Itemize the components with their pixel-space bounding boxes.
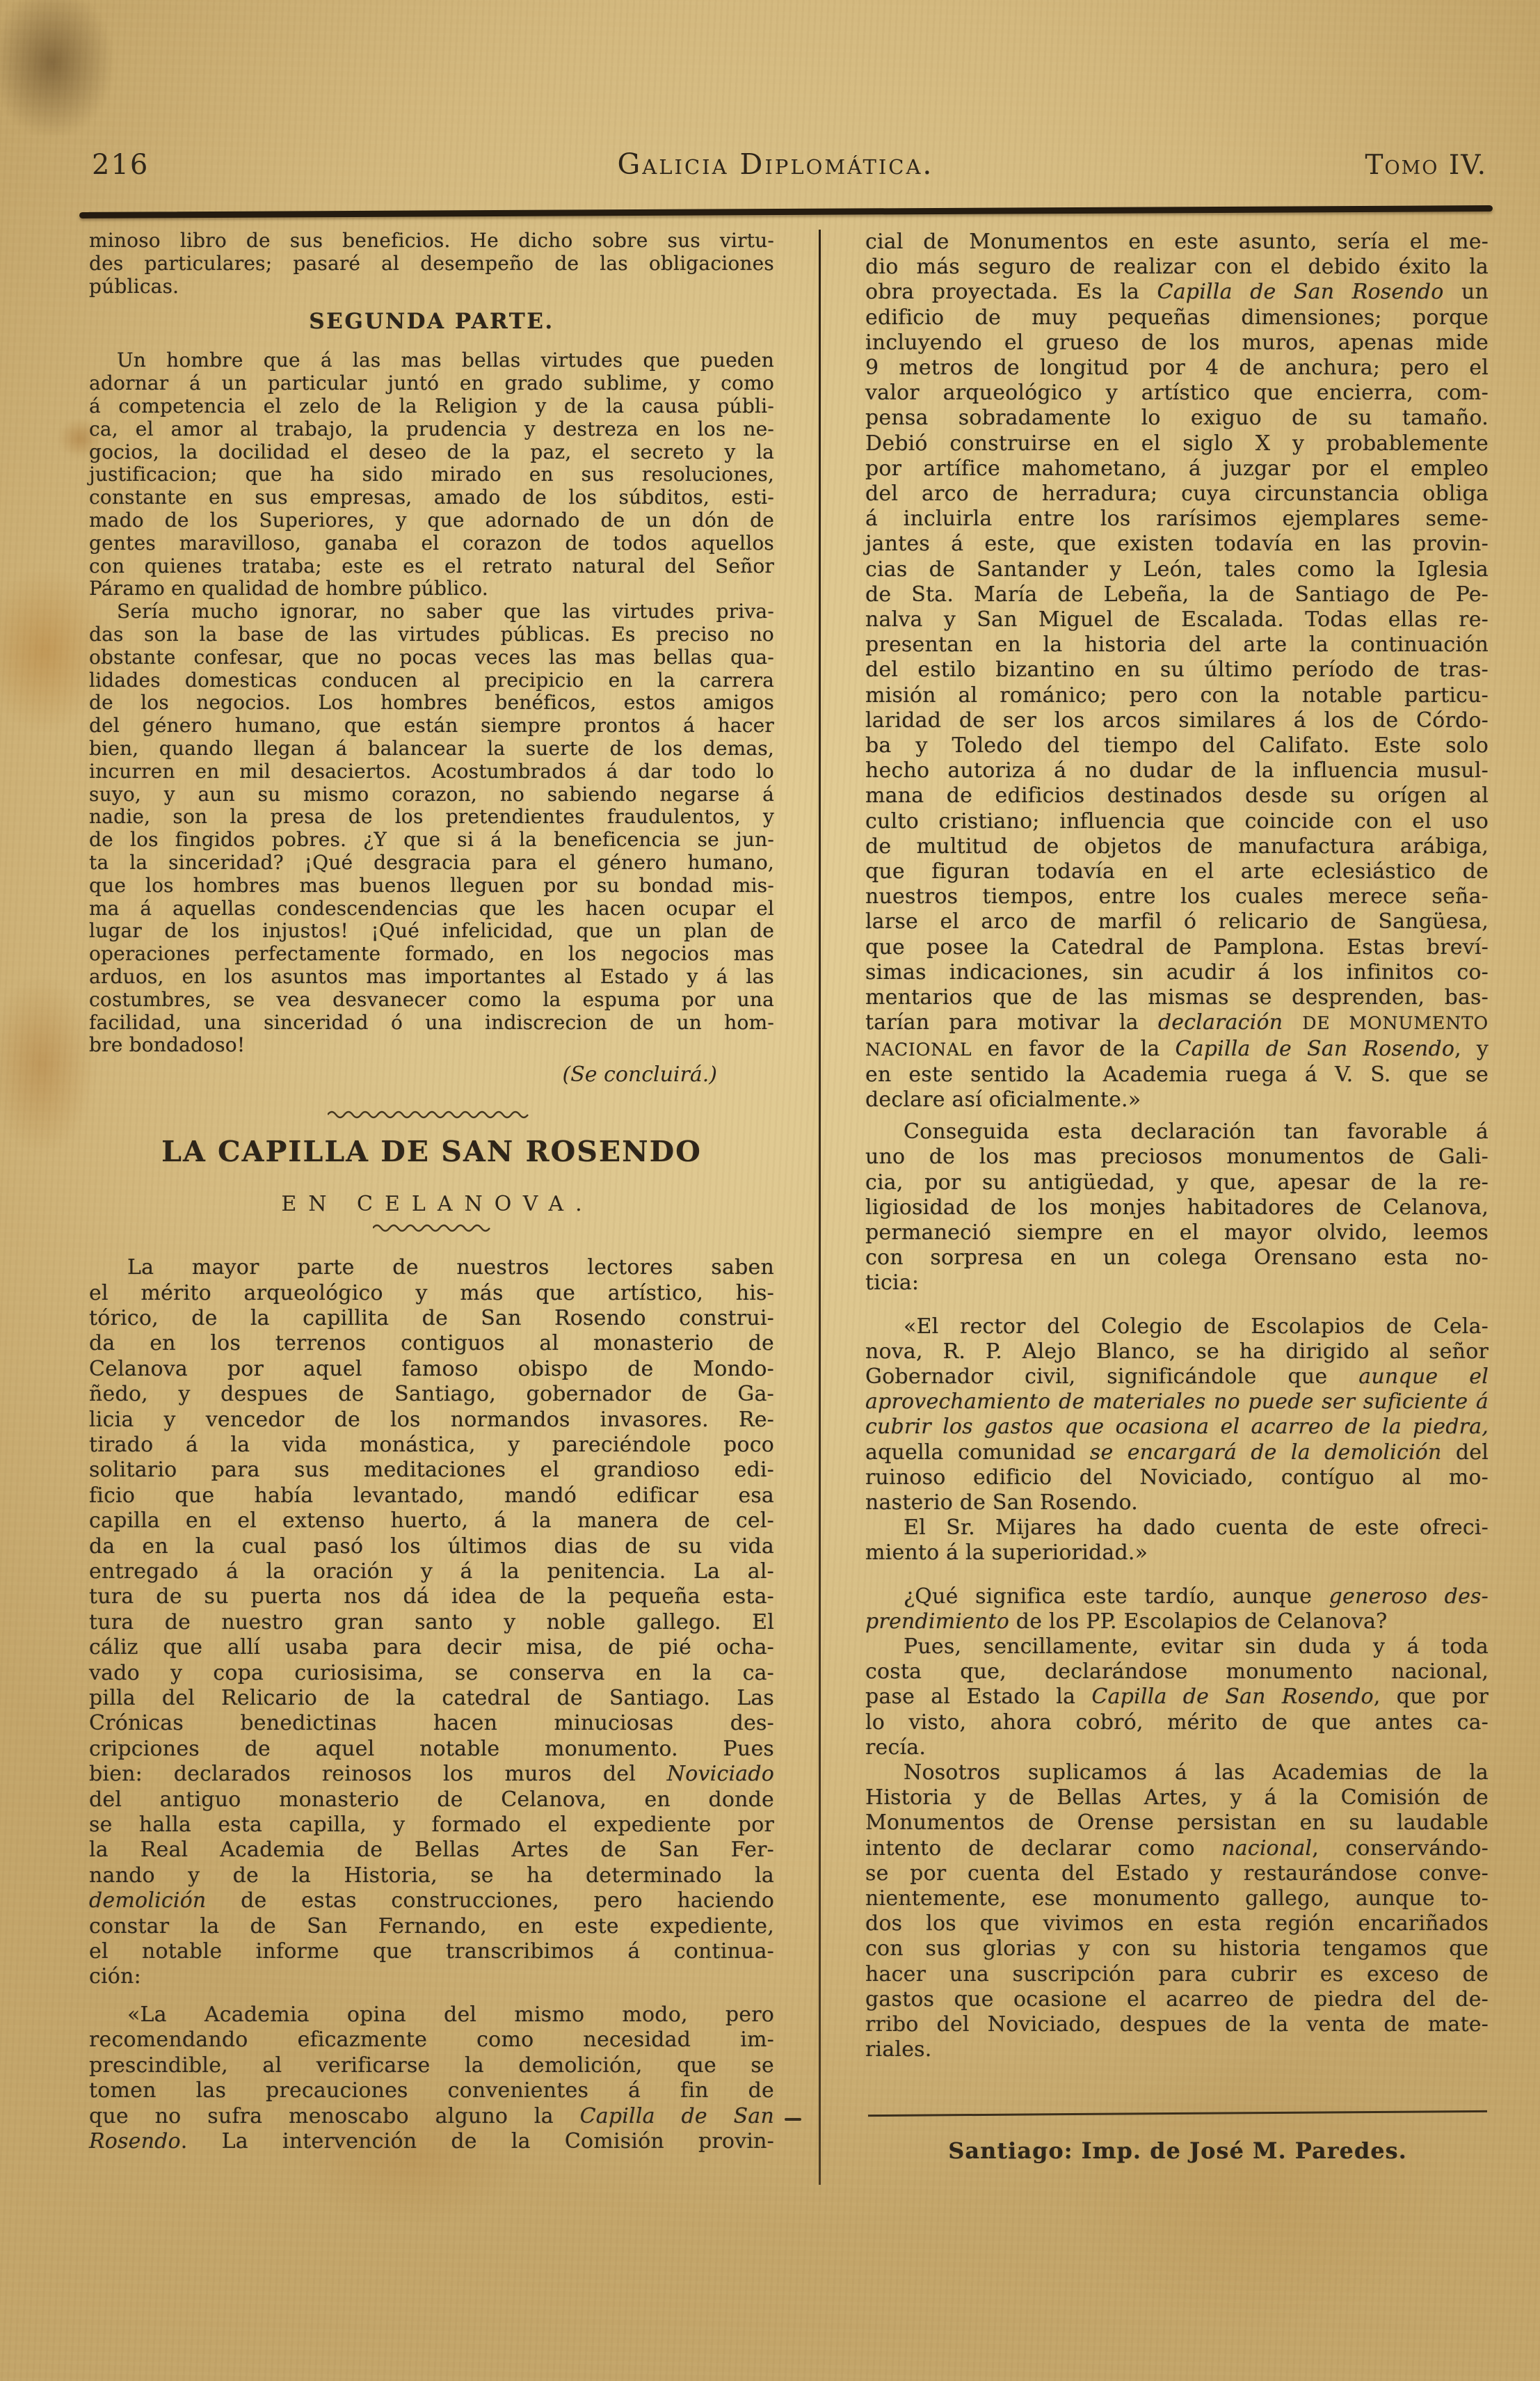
text-line: á incluirla entre los rarísimos ejemplar…	[865, 507, 1489, 532]
text-line: NACIONAL en favor de la Capilla de San R…	[865, 1037, 1489, 1062]
text-line: mana de edificios destinados desde su or…	[865, 783, 1489, 809]
text-line: intento de declarar como nacional, conse…	[865, 1836, 1489, 1861]
text-line: ticia:	[865, 1271, 1489, 1296]
text-line: larse el arco de marfil ó relicario de S…	[865, 909, 1489, 934]
text-line: recía.	[865, 1735, 1489, 1760]
paper-stain	[0, 0, 139, 167]
text-columns: minoso libro de sus beneficios. He dicho…	[89, 230, 1489, 2185]
text-line: lo visto, ahora cobró, mérito de que ant…	[865, 1710, 1489, 1735]
text-line: cubrir los gastos que ocasiona el acarre…	[865, 1415, 1489, 1440]
text-line: de multitud de objetos de manufactura ar…	[865, 834, 1489, 859]
text-line: Monumentos de Orense persistan en su lau…	[865, 1810, 1489, 1835]
article-subtitle: EN CELANOVA.	[89, 1192, 774, 1216]
text-line: Sería mucho ignorar, no saber que las vi…	[89, 600, 774, 623]
text-line: riales.	[865, 2037, 1489, 2062]
article-body-text: cial de Monumentos en este asunto, sería…	[865, 230, 1489, 2062]
text-line: rribo del Noviciado, despues de la venta…	[865, 2012, 1489, 2037]
text-line: permaneció siempre en el mayor olvido, l…	[865, 1220, 1489, 1245]
text-line: costa que, declarándose monumento nacion…	[865, 1659, 1489, 1685]
text-line: Debió construirse en el siglo X y probab…	[865, 431, 1489, 456]
text-line: 9 metros de longitud por 4 de anchura; p…	[865, 356, 1489, 381]
text-line: mentarios que de las mismas se desprende…	[865, 985, 1489, 1010]
text-line: con sorpresa en un colega Orensano esta …	[865, 1245, 1489, 1271]
text-line: des particulares; pasaré al desempeño de…	[89, 253, 774, 276]
text-line: tarían para motivar la declaración DE MO…	[865, 1010, 1489, 1036]
text-line: obra proyectada. Es la Capilla de San Ro…	[865, 280, 1489, 305]
text-line: ñedo, y despues de Santiago, gobernador …	[89, 1382, 774, 1407]
text-line: del arco de herradura; cuya circunstanci…	[865, 481, 1489, 507]
text-line: tirado á la vida monástica, y pareciéndo…	[89, 1433, 774, 1458]
text-line: Pues, sencillamente, evitar sin duda y á…	[865, 1634, 1489, 1659]
text-line: de los negocios. Los hombres benéficos, …	[89, 692, 774, 715]
text-line: Un hombre que á las mas bellas virtudes …	[89, 349, 774, 372]
text-line: ¿Qué significa este tardío, aunque gener…	[865, 1584, 1489, 1609]
text-line: bien: declarados reinosos los muros del …	[89, 1762, 774, 1787]
text-line: das son la base de las virtudes públicas…	[89, 623, 774, 646]
text-line: cripciones de aquel notable monumento. P…	[89, 1737, 774, 1762]
text-line: nientemente, ese monumento gallego, aunq…	[865, 1886, 1489, 1911]
text-line: ca, el amor al trabajo, la prudencia y d…	[89, 418, 774, 441]
text-line: hecho autoriza á no dudar de la influenc…	[865, 758, 1489, 783]
text-line: operaciones perfectamente formado, en lo…	[89, 943, 774, 966]
text-line: Rosendo. La intervención de la Comisión …	[89, 2129, 774, 2154]
text-line: incurren en mil desaciertos. Acostumbrad…	[89, 761, 774, 783]
page-header: 216 Galicia Diplomática. Tomo IV.	[92, 148, 1487, 181]
text-line: tomen las precauciones convenientes á fi…	[89, 2078, 774, 2103]
text-line: solitario para sus meditaciones el grand…	[89, 1458, 774, 1483]
text-line: cias de Santander y León, tales como la …	[865, 557, 1489, 582]
text-line: uno de los mas preciosos monumentos de G…	[865, 1145, 1489, 1170]
text-line: de los fingidos pobres. ¿Y que si á la b…	[89, 829, 774, 852]
text-line: minoso libro de sus beneficios. He dicho…	[89, 230, 774, 253]
article-title: LA CAPILLA DE SAN ROSENDO	[89, 1135, 774, 1168]
article-segunda-parte: minoso libro de sus beneficios. He dicho…	[89, 230, 774, 1088]
text-line: vado y copa curiosisima, se conserva en …	[89, 1661, 774, 1686]
text-line: por artífice mahometano, á juzgar por el…	[865, 456, 1489, 481]
text-line: bien, quando llegan á balancear la suert…	[89, 738, 774, 761]
text-line: ma á aquellas condescendencias que les h…	[89, 898, 774, 921]
text-line: dos los que vivimos en esta región encar…	[865, 1911, 1489, 1936]
text-line: pase al Estado la Capilla de San Rosendo…	[865, 1685, 1489, 1710]
text-line: ficio que había levantado, mandó edifica…	[89, 1483, 774, 1508]
text-line: prescindible, al verificarse la demolici…	[89, 2053, 774, 2078]
text-line: que no sufra menoscabo alguno la Capilla…	[89, 2104, 774, 2129]
text-line: cáliz que allí usaba para decir misa, de…	[89, 1635, 774, 1660]
text-line: mado de los Superiores, y que adornado d…	[89, 509, 774, 532]
text-line: Páramo en qualidad de hombre público.	[89, 578, 774, 600]
text-line: del género humano, que están siempre pro…	[89, 715, 774, 738]
page-number: 216	[92, 149, 245, 181]
text-line: Historia y de Bellas Artes, y á la Comis…	[865, 1785, 1489, 1810]
text-line: incluyendo el grueso de los muros, apena…	[865, 331, 1489, 356]
text-line: laridad de ser los arcos similares á los…	[865, 708, 1489, 733]
text-line: justificacion; que ha sido mirado en sus…	[89, 463, 774, 486]
article-continuation-text: minoso libro de sus beneficios. He dicho…	[89, 230, 774, 298]
text-line: se halla esta capilla, y formado el expe…	[89, 1813, 774, 1838]
section-heading: SEGUNDA PARTE.	[89, 309, 774, 334]
text-line: miento á la superioridad.»	[865, 1540, 1489, 1566]
text-line: cia, por su antigüedad, y que, apesar de…	[865, 1170, 1489, 1195]
text-line: adornar á un particular juntó en grado s…	[89, 372, 774, 395]
text-line: simas indicaciones, sin acudir á los inf…	[865, 960, 1489, 985]
text-line: nova, R. P. Alejo Blanco, se ha dirigido…	[865, 1339, 1489, 1364]
text-line: ba y Toledo del tiempo del Califato. Est…	[865, 733, 1489, 758]
text-line: Celanova por aquel famoso obispo de Mond…	[89, 1357, 774, 1382]
text-line: nadie, son la presa de los pretendientes…	[89, 806, 774, 829]
text-line: de Sta. María de Lebeña, la de Santiago …	[865, 582, 1489, 607]
text-line: constar la de San Fernando, en este expe…	[89, 1914, 774, 1939]
text-line: del antiguo monasterio de Celanova, en d…	[89, 1787, 774, 1813]
text-line: hacer una suscripción para cubrir es exc…	[865, 1962, 1489, 1987]
text-line: demolición de estas construcciones, pero…	[89, 1888, 774, 1913]
text-line: ruinoso edificio del Noviciado, contíguo…	[865, 1465, 1489, 1490]
text-line: que posee la Catedral de Pamplona. Estas…	[865, 935, 1489, 960]
text-line: arduos, en los asuntos mas importantes a…	[89, 966, 774, 989]
text-line: tórico, de la capillita de San Rosendo c…	[89, 1306, 774, 1331]
text-line: del estilo bizantino en su último períod…	[865, 658, 1489, 683]
text-line: Conseguida esta declaración tan favorabl…	[865, 1120, 1489, 1145]
text-line: que figuran todavía en el arte eclesiást…	[865, 859, 1489, 884]
text-line: lidades domesticas conducen al precipici…	[89, 669, 774, 692]
text-line: bre bondadoso!	[89, 1034, 774, 1057]
text-line: misión al románico; pero con la notable …	[865, 683, 1489, 708]
text-line: capilla en el extenso huerto, á la maner…	[89, 1508, 774, 1534]
text-line: declare así oficialmente.»	[865, 1088, 1489, 1113]
text-line: nuestros tiempos, entre los cuales merec…	[865, 884, 1489, 909]
text-line: tura de su puerta nos dá idea de la pequ…	[89, 1584, 774, 1609]
text-line: jantes á este, que existen todavía en la…	[865, 532, 1489, 557]
text-line: entregado á la oración y á la penitencia…	[89, 1559, 774, 1584]
text-line: el mérito arqueológico y más que artísti…	[89, 1281, 774, 1306]
text-line: constante en sus empresas, amado de los …	[89, 486, 774, 509]
text-line: suyo, y aun su mismo corazon, no sabiend…	[89, 783, 774, 806]
text-line: aprovechamiento de materiales no puede s…	[865, 1389, 1489, 1415]
text-line: Crónicas benedictinas hacen minuciosas d…	[89, 1711, 774, 1736]
scanned-page: 216 Galicia Diplomática. Tomo IV. minoso…	[0, 0, 1540, 2381]
text-line: culto cristiano; influencia que coincide…	[865, 809, 1489, 834]
text-line: obstante confesar, que no pocas veces la…	[89, 646, 774, 669]
text-line: nasterio de San Rosendo.	[865, 1490, 1489, 1515]
text-line: se por cuenta del Estado y restaurándose…	[865, 1861, 1489, 1886]
text-line: «El rector del Colegio de Escolapios de …	[865, 1314, 1489, 1339]
text-line: El Sr. Mijares ha dado cuenta de este of…	[865, 1515, 1489, 1540]
text-line: ta la sinceridad? ¡Qué desgracia para el…	[89, 852, 774, 875]
text-line: ligiosidad de los monjes habitadores de …	[865, 1195, 1489, 1220]
text-line: nalva y San Miguel de Escalada. Todas el…	[865, 607, 1489, 632]
text-line: edificio de muy pequeñas dimensiones; po…	[865, 305, 1489, 331]
text-line: aquella comunidad se encargará de la dem…	[865, 1440, 1489, 1465]
text-line: que los hombres mas buenos lleguen por s…	[89, 875, 774, 898]
article-body-text: Un hombre que á las mas bellas virtudes …	[89, 349, 774, 1057]
text-line: da en los terrenos contiguos al monaster…	[89, 1331, 774, 1356]
text-line: valor arqueológico y artístico que encie…	[865, 381, 1489, 406]
text-line: da en la cual pasó los últimos dias de s…	[89, 1534, 774, 1559]
continuation-note: (Se concluirá.)	[89, 1062, 774, 1088]
text-line: facilidad, una sinceridad ó una indiscre…	[89, 1012, 774, 1035]
header-rule	[79, 205, 1493, 218]
text-line: «La Academia opina del mismo modo, pero	[89, 2002, 774, 2028]
text-line: pensa sobradamente lo exiguo de su tamañ…	[865, 406, 1489, 431]
text-line: costumbres, se vea desvanecer como la es…	[89, 989, 774, 1012]
text-line: presentan en la historia del arte la con…	[865, 632, 1489, 658]
text-line: gastos que ocasione el acarreo de piedra…	[865, 1987, 1489, 2012]
volume-label: Tomo IV.	[1306, 150, 1487, 181]
squiggle-divider-icon	[328, 1108, 536, 1118]
text-line: ción:	[89, 1964, 774, 1989]
squiggle-divider-icon	[373, 1222, 491, 1232]
text-line: tura de nuestro gran santo y noble galle…	[89, 1610, 774, 1635]
imprint: Santiago: Imp. de José M. Paredes.	[868, 2137, 1487, 2164]
text-line: públicas.	[89, 276, 774, 298]
text-line: en este sentido la Academia ruega á V. S…	[865, 1062, 1489, 1088]
text-line: gentes maravilloso, ganaba el corazon de…	[89, 532, 774, 555]
text-line: nando y de la Historia, se ha determinad…	[89, 1863, 774, 1888]
text-line: pilla del Relicario de la catedral de Sa…	[89, 1686, 774, 1711]
text-line: gocios, la docilidad el deseo de la paz,…	[89, 441, 774, 464]
text-line: la Real Academia de Bellas Artes de San …	[89, 1838, 774, 1863]
text-line: con quienes trataba; este es el retrato …	[89, 555, 774, 578]
journal-title: Galicia Diplomática.	[245, 148, 1306, 181]
column-divider-rule	[819, 230, 821, 2185]
article-body-text: La mayor parte de nuestros lectores sabe…	[89, 1255, 774, 2154]
text-line: licia y vencedor de los normandos invaso…	[89, 1408, 774, 1433]
footer-dash	[785, 2118, 801, 2121]
text-line: cial de Monumentos en este asunto, sería…	[865, 230, 1489, 255]
text-line: Gobernador civil, significándole que aun…	[865, 1364, 1489, 1389]
right-column: cial de Monumentos en este asunto, sería…	[865, 230, 1489, 2062]
text-line: á competencia el zelo de la Religion y d…	[89, 395, 774, 418]
text-line: La mayor parte de nuestros lectores sabe…	[89, 1255, 774, 1280]
left-column: minoso libro de sus beneficios. He dicho…	[89, 230, 774, 2154]
text-line: Nosotros suplicamos á las Academias de l…	[865, 1760, 1489, 1785]
text-line: el notable informe que transcribimos á c…	[89, 1939, 774, 1964]
text-line: recomendando eficazmente como necesidad …	[89, 2028, 774, 2053]
text-line: lugar de los injustos! ¡Qué infelicidad,…	[89, 920, 774, 943]
text-line: dio más seguro de realizar con el debido…	[865, 255, 1489, 280]
text-line: prendimiento de los PP. Escolapios de Ce…	[865, 1609, 1489, 1634]
text-line: con sus glorias y con su historia tengam…	[865, 1936, 1489, 1961]
article-capilla: LA CAPILLA DE SAN ROSENDO EN CELANOVA. L…	[89, 1108, 774, 2154]
